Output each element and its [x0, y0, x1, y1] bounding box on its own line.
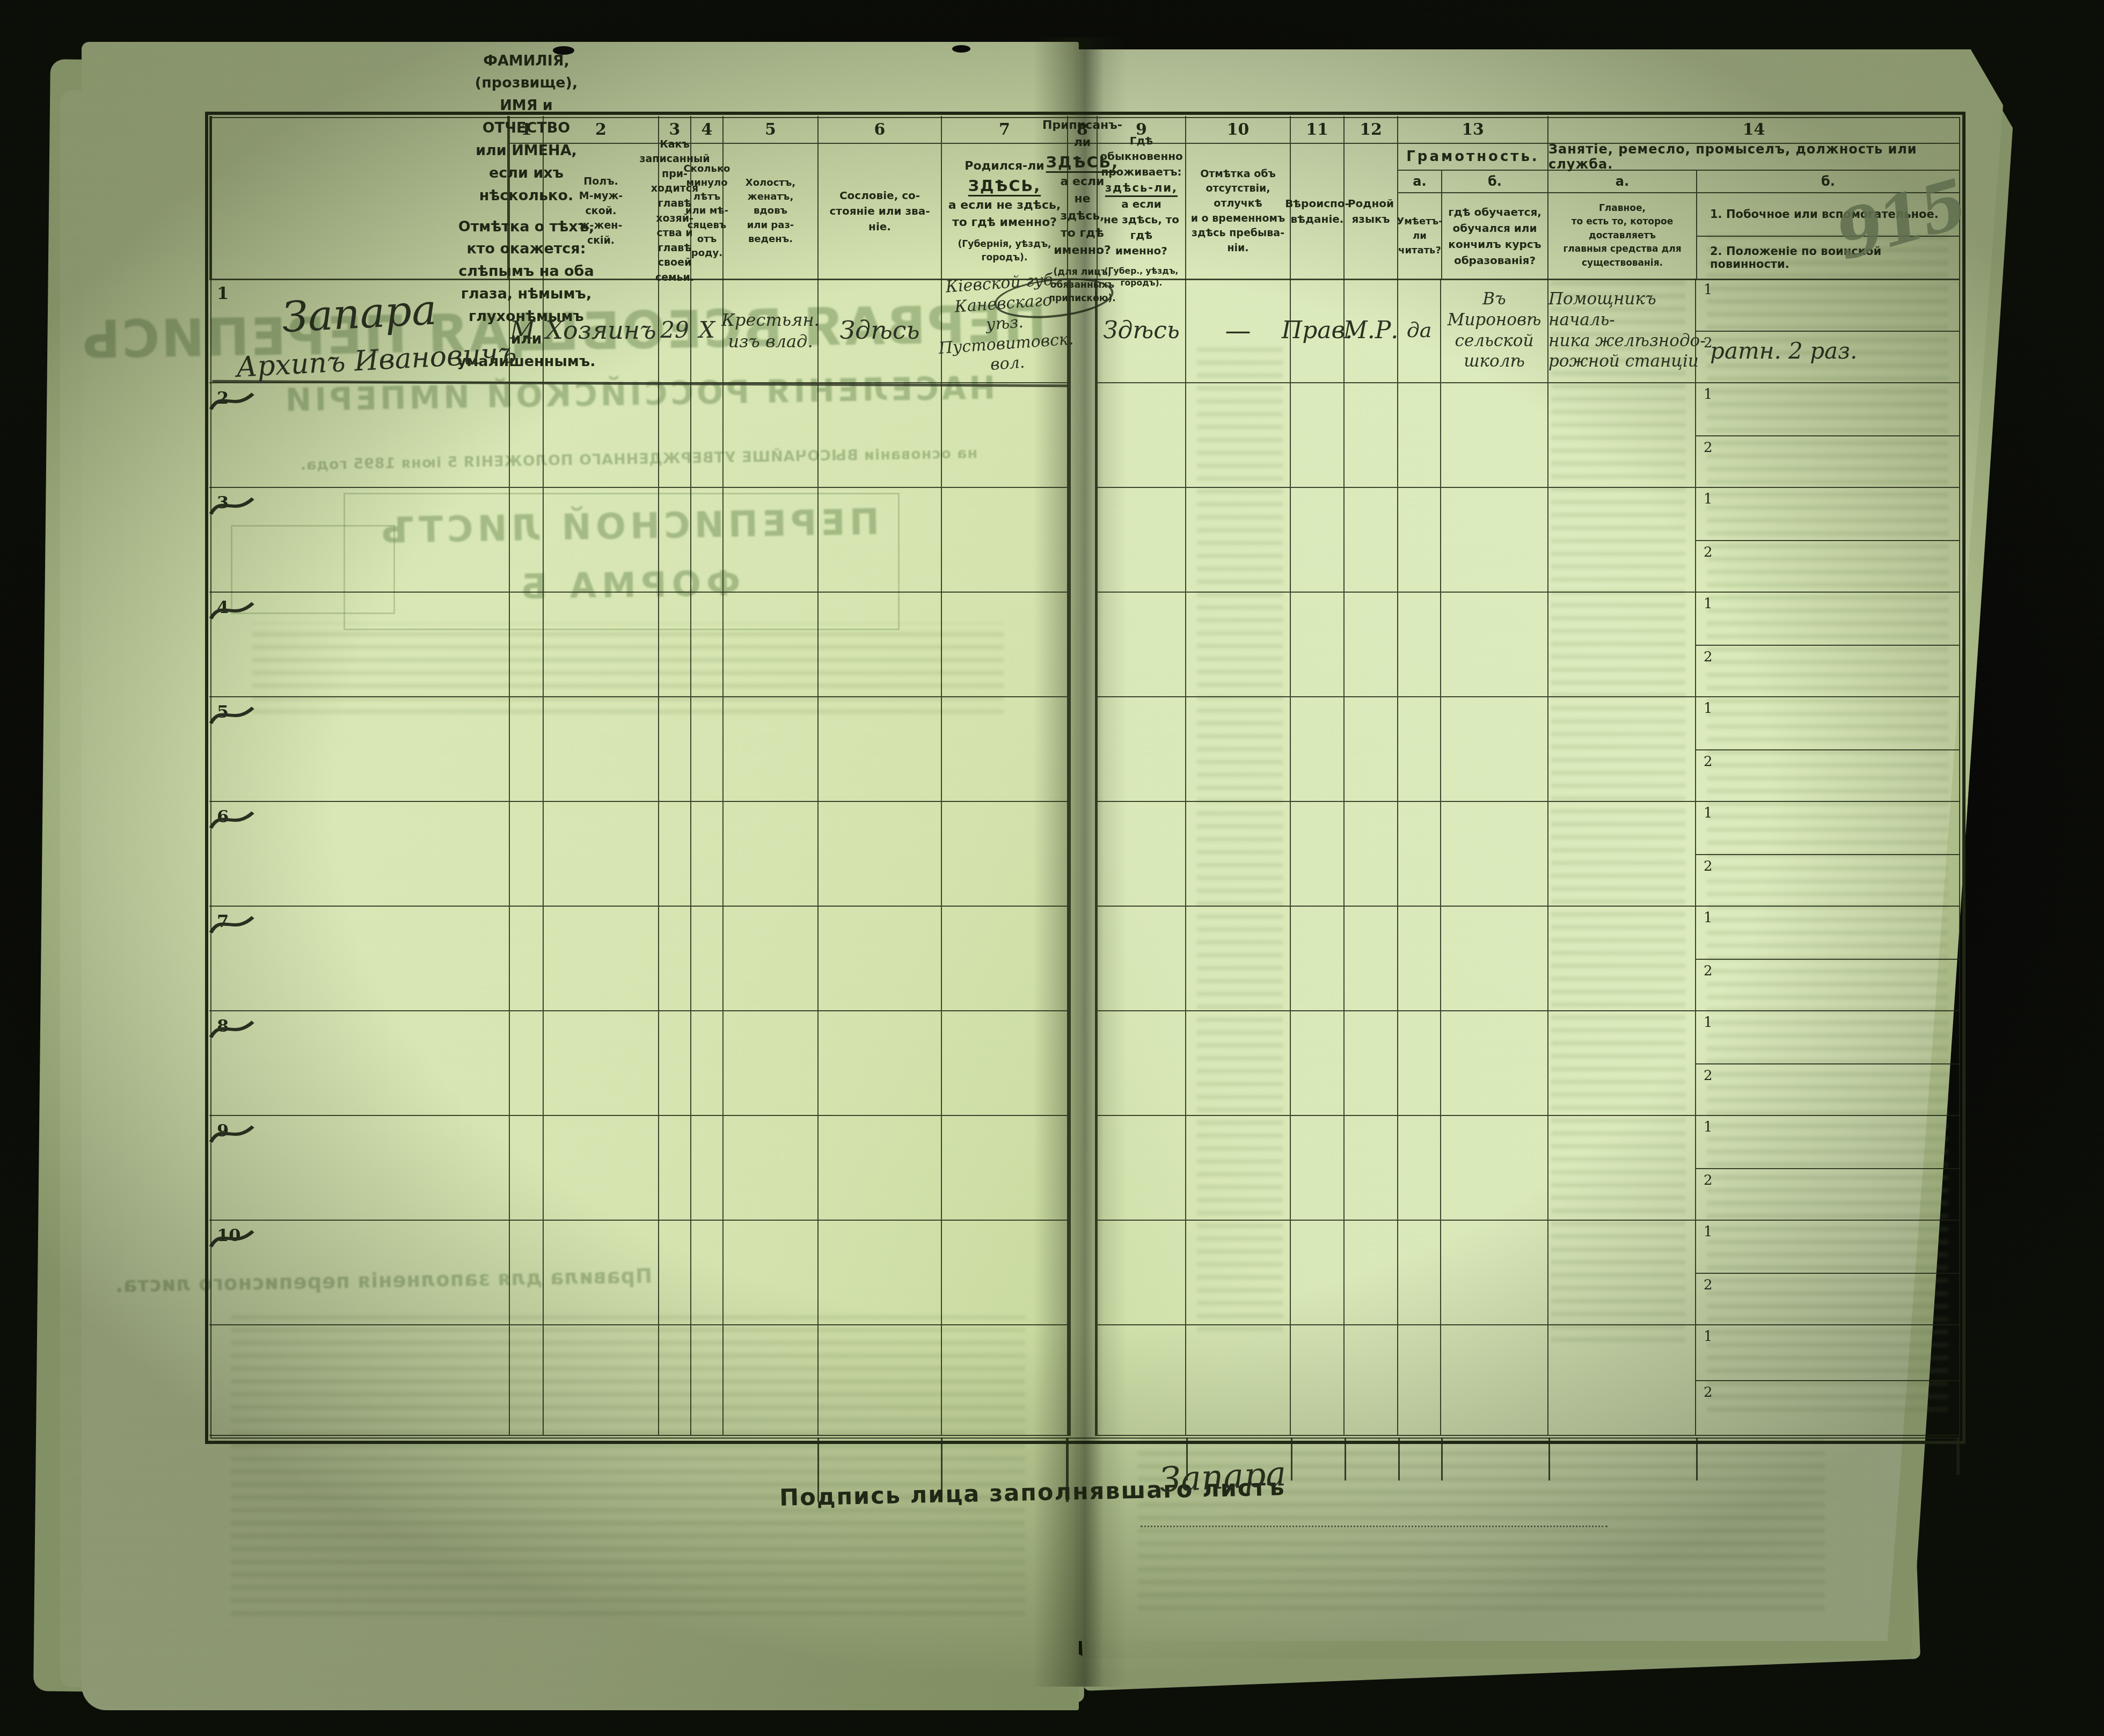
occupation-sub-cell-2: 2	[1696, 436, 1959, 488]
census-table-header: 1 2 3 4 5 6 7 8 9 10 11 12 13 14 ФАМИЛІЯ…	[209, 116, 1959, 280]
cell-row8-c14a	[1548, 1011, 1696, 1116]
cell-row1-c5: Х	[691, 279, 724, 383]
cell-row10-c3	[544, 1221, 659, 1325]
cell-row7-c12	[1345, 907, 1398, 1011]
entry-c4: 29	[660, 316, 689, 345]
cell-row2-c7	[819, 383, 942, 488]
header-col7-post: а если не здѣсь, то гдѣ именно?	[948, 197, 1061, 231]
cell-row6-c1: 6	[209, 802, 510, 907]
cell-row4-c8	[942, 593, 1068, 697]
row-strikethrough-mark	[209, 1017, 254, 1042]
cell-rowx-c10	[1186, 1325, 1291, 1436]
cell-row2-c3	[544, 383, 659, 488]
cell-row10-c1: 10	[209, 1221, 510, 1325]
cell-row8-c11	[1291, 1011, 1345, 1116]
cell-row8-gap	[1068, 1011, 1098, 1116]
occupation-sub-cell-1: 1	[1696, 907, 1959, 960]
header-col13b-question: гдѣ обучается, обучался или кончилъ курс…	[1442, 193, 1547, 279]
sub-row-number: 2	[1704, 1277, 1713, 1293]
cell-row10-c12	[1345, 1221, 1398, 1325]
header-col9-emphasis: здѣсь-ли,	[1105, 181, 1178, 194]
cell-row6-c3	[544, 802, 659, 907]
signature-handwritten: Запара	[1158, 1453, 1287, 1502]
cell-row4-c5	[691, 593, 724, 697]
entry-name-block: ЗапараАрхипъ Ивановичъ	[281, 280, 517, 383]
entry-c6: Крестьян. изъ влад.	[721, 309, 819, 352]
occupation-sub-cell-1: 1	[1696, 1221, 1959, 1274]
entry-surname: Запара	[281, 280, 516, 345]
occupation-sub-cell-1: 1	[1696, 1116, 1959, 1169]
entry-c11: Прав.	[1282, 316, 1353, 345]
cell-row9-gap	[1068, 1116, 1098, 1221]
header-col13a-question: Умѣетъ- ли читать?	[1398, 193, 1441, 279]
occupation-sub-cell-2: 2ратн. 2 раз.	[1696, 332, 1959, 384]
census-book-photo: { "photo": { "page_number_pencil": "915"…	[0, 0, 2104, 1736]
cell-row5-c4	[659, 697, 691, 802]
occupation-sub-cell-2: 2	[1696, 541, 1959, 593]
sub-row-number: 2	[1704, 1068, 1713, 1084]
header-col4-age: Сколько минуло лѣтъ или мѣ- сяцевъ отъ р…	[691, 144, 724, 279]
occupation-sub-cell-1: 1	[1696, 383, 1959, 436]
row-strikethrough-mark	[209, 389, 254, 414]
cell-row5-c6	[724, 697, 819, 802]
occupation-sub-cell-2: 2	[1696, 1064, 1959, 1117]
sub-row-number: 2	[1704, 544, 1713, 560]
cell-row7-c6	[724, 907, 819, 1011]
entry-c3: Хозяинъ	[545, 315, 656, 346]
occupation-sub-cell-1: 1	[1696, 593, 1959, 646]
row-strikethrough-mark	[209, 807, 254, 833]
cell-row9-c8	[942, 1116, 1068, 1221]
entry-militia-status: ратн. 2 раз.	[1710, 337, 1857, 366]
cell-row2-c5	[691, 383, 724, 488]
column-line-stub	[1956, 1438, 1960, 1475]
sub-row-number: 1	[1704, 1224, 1713, 1240]
cell-row9-c12	[1345, 1116, 1398, 1221]
sub-row-number: 2	[1704, 649, 1713, 665]
column-number-12: 12	[1345, 116, 1398, 144]
cell-row9-c13a	[1398, 1116, 1441, 1221]
cell-row3-c3	[544, 488, 659, 593]
cell-row2-c14a	[1548, 383, 1696, 488]
column-number-10: 10	[1186, 116, 1291, 144]
cell-rowx-c14b: 12	[1696, 1325, 1959, 1436]
cell-row6-c2	[510, 802, 544, 907]
cell-row6-c13a	[1398, 802, 1441, 907]
header-col13-title: Грамотность.	[1398, 144, 1547, 171]
column-line-stub	[1696, 1438, 1698, 1480]
cell-row10-c13b	[1441, 1221, 1548, 1325]
sub-row-number: 1	[1704, 596, 1713, 612]
column-number-14: 14	[1548, 116, 1959, 144]
cell-row1-c12: М.Р.	[1345, 279, 1398, 383]
cell-row9-c9	[1098, 1116, 1186, 1221]
entry-c14a: Помощникъ началь- ника желѣзнодо- рожной…	[1548, 289, 1711, 372]
column-line-stub	[1291, 1438, 1292, 1480]
cell-row10-c7	[819, 1221, 942, 1325]
cell-row4-c3	[544, 593, 659, 697]
cell-row7-c13b	[1441, 907, 1548, 1011]
cell-row5-c5	[691, 697, 724, 802]
cell-row1-c4: 29	[659, 279, 691, 383]
occupation-sub-cell-2: 2	[1696, 855, 1959, 907]
column-line-stub	[1441, 1438, 1443, 1480]
sub-row-number: 1	[1704, 491, 1713, 507]
header-col9-pre: Гдѣ обыкновенно проживаетъ:	[1100, 134, 1183, 178]
cell-row9-c3	[544, 1116, 659, 1221]
header-col12-language: Родной языкъ	[1345, 144, 1398, 279]
occupation-sub-cell-2: 2	[1696, 646, 1959, 698]
cell-row6-c4	[659, 802, 691, 907]
cell-row6-c13b	[1441, 802, 1548, 907]
entry-given-names: Архипъ Ивановичъ	[236, 335, 518, 385]
cell-row5-c14b: 12	[1696, 697, 1959, 802]
cell-row5-c11	[1291, 697, 1345, 802]
cell-row8-c7	[819, 1011, 942, 1116]
cell-row3-c4	[659, 488, 691, 593]
cell-row8-c13b	[1441, 1011, 1548, 1116]
cell-row6-gap	[1068, 802, 1098, 907]
row-strikethrough-mark	[209, 493, 254, 519]
cell-row8-c5	[691, 1011, 724, 1116]
cell-rowx-c9	[1098, 1325, 1186, 1436]
cell-row9-c7	[819, 1116, 942, 1221]
cell-row1-c2: М.	[510, 279, 544, 383]
cell-row4-c13b	[1441, 593, 1548, 697]
cell-row2-c9	[1098, 383, 1186, 488]
cell-rowx-c1	[209, 1325, 510, 1436]
cell-row6-c14b: 12	[1696, 802, 1959, 907]
cell-row1-c13b: Въ Мироновѣ сельской школѣ	[1441, 279, 1548, 383]
cell-row4-c12	[1345, 593, 1398, 697]
cell-row4-c10	[1186, 593, 1291, 697]
cell-row10-c13a	[1398, 1221, 1441, 1325]
cell-row8-c3	[544, 1011, 659, 1116]
cell-row2-c13b	[1441, 383, 1548, 488]
cell-row2-c1: 2	[209, 383, 510, 488]
header-col14a-question: Главное, то есть то, которое доставляетъ…	[1548, 193, 1696, 279]
sub-row-number: 2	[1704, 1384, 1713, 1401]
occupation-sub-cell-2: 2	[1696, 1169, 1959, 1221]
occupation-sub-cell-2: 2	[1696, 1274, 1959, 1326]
cell-row9-c14a	[1548, 1116, 1696, 1221]
cell-row8-c10	[1186, 1011, 1291, 1116]
cell-row9-c11	[1291, 1116, 1345, 1221]
sub-row-number: 1	[1704, 1015, 1713, 1031]
sub-row-number: 2	[1704, 440, 1713, 456]
cell-row3-c11	[1291, 488, 1345, 593]
cell-rowx-c5	[691, 1325, 724, 1436]
cell-row2-c2	[510, 383, 544, 488]
header-col1-name: ФАМИЛІЯ, (прозвище), ИМЯ и ОТЧЕСТВО или …	[510, 144, 544, 279]
row-strikethrough-mark	[209, 1121, 254, 1147]
header-col7-note: (Губернія, уѣздъ, городъ).	[945, 238, 1064, 265]
cell-row7-c14b: 12	[1696, 907, 1959, 1011]
cell-row3-c14b: 12	[1696, 488, 1959, 593]
sub-row-number: 1	[1704, 805, 1713, 821]
column-number-6: 6	[819, 116, 942, 144]
cell-row7-c11	[1291, 907, 1345, 1011]
cell-row2-c6	[724, 383, 819, 488]
cell-row3-c7	[819, 488, 942, 593]
cell-row1-c7: Здѣсь	[819, 279, 942, 383]
entry-c13a: да	[1407, 318, 1432, 344]
cell-row10-c6	[724, 1221, 819, 1325]
cell-row1-c10: —	[1186, 279, 1291, 383]
header-col13b-label: б.	[1442, 171, 1547, 193]
census-table-body: 1ЗапараАрхипъ ИвановичъМ.Хозяинъ29ХКрест…	[209, 279, 1959, 1436]
sub-row-number: 2	[1704, 1172, 1713, 1188]
cell-row5-c8	[942, 697, 1068, 802]
cell-row5-gap	[1068, 697, 1098, 802]
cell-row7-c13a	[1398, 907, 1441, 1011]
cell-row6-c9	[1098, 802, 1186, 907]
cell-row9-c1: 9	[209, 1116, 510, 1221]
sub-row-number: 1	[1704, 1329, 1713, 1345]
cell-row3-gap	[1068, 488, 1098, 593]
cell-row5-c2	[510, 697, 544, 802]
row-strikethrough-mark	[209, 912, 254, 938]
entry-c10: —	[1225, 315, 1251, 347]
cell-row2-c4	[659, 383, 691, 488]
cell-rowx-c13a	[1398, 1325, 1441, 1436]
cell-rowx-c6	[724, 1325, 819, 1436]
cell-row3-c10	[1186, 488, 1291, 593]
cell-row7-c9	[1098, 907, 1186, 1011]
cell-row3-c8	[942, 488, 1068, 593]
entry-c9: Здѣсь	[1103, 316, 1180, 345]
cell-row3-c9	[1098, 488, 1186, 593]
sub-row-number: 1	[1704, 701, 1713, 717]
cell-row1-c13a: да	[1398, 279, 1441, 383]
cell-row8-c6	[724, 1011, 819, 1116]
cell-row7-c2	[510, 907, 544, 1011]
occupation-sub-cell-1: 1	[1696, 802, 1959, 855]
entry-c7: Здѣсь	[839, 315, 919, 346]
occupation-sub-cell-1: 1	[1696, 1325, 1959, 1381]
entry-c12: М.Р.	[1343, 316, 1399, 345]
cell-row6-c12	[1345, 802, 1398, 907]
signature-dotted-line	[1141, 1498, 1608, 1527]
cell-rowx-c13b	[1441, 1325, 1548, 1436]
cell-row5-c12	[1345, 697, 1398, 802]
cell-row9-c2	[510, 1116, 544, 1221]
cell-row7-c3	[544, 907, 659, 1011]
header-col8-registration: Приписанъ-ли ЗДѢСЬ, а если не здѣсь, то …	[1068, 144, 1098, 279]
cell-row10-c8	[942, 1221, 1068, 1325]
sub-row-number: 1	[1704, 1119, 1713, 1135]
cell-row3-c14a	[1548, 488, 1696, 593]
cell-row3-c13b	[1441, 488, 1548, 593]
occupation-sub-cell-2: 2	[1696, 1381, 1959, 1436]
cell-row8-c9	[1098, 1011, 1186, 1116]
occupation-sub-cell-2: 2	[1696, 960, 1959, 1012]
cell-row1-c3: Хозяинъ	[544, 279, 659, 383]
cell-rowx-c12	[1345, 1325, 1398, 1436]
header-col13a-label: а.	[1398, 171, 1441, 193]
cell-row7-c4	[659, 907, 691, 1011]
cell-row3-c2	[510, 488, 544, 593]
cell-row1-c14b: 12ратн. 2 раз.	[1696, 279, 1959, 383]
sub-row-number: 2	[1704, 754, 1713, 770]
cell-row2-c13a	[1398, 383, 1441, 488]
sub-row-number: 2	[1704, 335, 1713, 351]
cell-row10-c5	[691, 1221, 724, 1325]
cell-row5-c9	[1098, 697, 1186, 802]
cell-row5-c10	[1186, 697, 1291, 802]
occupation-sub-cell-1: 1	[1696, 279, 1959, 332]
cell-row8-c4	[659, 1011, 691, 1116]
cell-row5-c3	[544, 697, 659, 802]
sub-row-number: 1	[1704, 386, 1713, 403]
cell-row4-c6	[724, 593, 819, 697]
cell-row8-c8	[942, 1011, 1068, 1116]
cell-row9-c14b: 12	[1696, 1116, 1959, 1221]
cell-row1-c14a: Помощникъ началь- ника желѣзнодо- рожной…	[1548, 279, 1696, 383]
cell-row2-gap	[1068, 383, 1098, 488]
header-col14-title: Занятіе, ремесло, промыселъ, должность и…	[1548, 144, 1959, 171]
cell-row6-c8	[942, 802, 1068, 907]
cell-row7-c5	[691, 907, 724, 1011]
cell-rowx-c8	[942, 1325, 1068, 1436]
cell-row9-c10	[1186, 1116, 1291, 1221]
column-number-13: 13	[1398, 116, 1548, 144]
column-number-5: 5	[724, 116, 819, 144]
cell-row10-c9	[1098, 1221, 1186, 1325]
entry-c13b: Въ Мироновѣ сельской школѣ	[1441, 289, 1547, 372]
cell-row7-c1: 7	[209, 907, 510, 1011]
cell-rowx-c14a	[1548, 1325, 1696, 1436]
cell-row1-c11: Прав.	[1291, 279, 1345, 383]
sub-row-number: 1	[1704, 910, 1713, 926]
cell-rowx-c7	[819, 1325, 942, 1436]
header-col13-literacy: Грамотность. а. Умѣетъ- ли читать? б. гд…	[1398, 144, 1548, 279]
cell-row4-c7	[819, 593, 942, 697]
header-col5-marital: Холостъ, женатъ, вдовъ или раз- веденъ.	[724, 144, 819, 279]
cell-row6-c5	[691, 802, 724, 907]
paper-speck	[553, 46, 574, 55]
cell-row1-c1: 1ЗапараАрхипъ Ивановичъ	[209, 279, 510, 383]
row-number: 1	[217, 283, 229, 303]
cell-row8-c12	[1345, 1011, 1398, 1116]
cell-rowx-c4	[659, 1325, 691, 1436]
cell-row3-c13a	[1398, 488, 1441, 593]
cell-row2-c11	[1291, 383, 1345, 488]
cell-row4-c9	[1098, 593, 1186, 697]
cell-row4-c13a	[1398, 593, 1441, 697]
cell-row5-c1: 5	[209, 697, 510, 802]
cell-row7-c7	[819, 907, 942, 1011]
cell-row9-c6	[724, 1116, 819, 1221]
cell-row1-c6: Крестьян. изъ влад.	[724, 279, 819, 383]
cell-row8-c2	[510, 1011, 544, 1116]
cell-row5-c14a	[1548, 697, 1696, 802]
cell-row7-c8	[942, 907, 1068, 1011]
header-col10-absence: Отмѣтка объ отсутствіи, отлучкѣ и о врем…	[1186, 144, 1291, 279]
row-strikethrough-mark	[209, 703, 254, 728]
cell-row10-c10	[1186, 1221, 1291, 1325]
cell-row6-c11	[1291, 802, 1345, 907]
occupation-sub-cell-1: 1	[1696, 488, 1959, 541]
cell-row7-c14a	[1548, 907, 1696, 1011]
cell-row10-c11	[1291, 1221, 1345, 1325]
cell-row4-c14a	[1548, 593, 1696, 697]
cell-row2-c8	[942, 383, 1068, 488]
paper-speck	[952, 45, 970, 53]
cell-row9-c5	[691, 1116, 724, 1221]
occupation-sub-cell-2: 2	[1696, 750, 1959, 803]
row-strikethrough-mark	[209, 1226, 254, 1252]
cell-row6-c14a	[1548, 802, 1696, 907]
cell-row8-c1: 8	[209, 1011, 510, 1116]
occupation-sub-cell-1: 1	[1696, 1011, 1959, 1064]
cell-row5-c7	[819, 697, 942, 802]
cell-rowx-c3	[544, 1325, 659, 1436]
cell-row6-c10	[1186, 802, 1291, 907]
cell-row7-c10	[1186, 907, 1291, 1011]
column-line-stub	[1398, 1438, 1400, 1480]
cell-row4-c2	[510, 593, 544, 697]
cell-row10-c14a	[1548, 1221, 1696, 1325]
cell-row8-c14b: 12	[1696, 1011, 1959, 1116]
sub-row-number: 2	[1704, 858, 1713, 874]
cell-row2-c12	[1345, 383, 1398, 488]
row-strikethrough-mark	[209, 598, 254, 624]
cell-row8-c13a	[1398, 1011, 1441, 1116]
sub-row-number: 1	[1704, 282, 1713, 298]
cell-row4-c14b: 12	[1696, 593, 1959, 697]
cell-row3-c6	[724, 488, 819, 593]
cell-row10-gap	[1068, 1221, 1098, 1325]
cell-row7-gap	[1068, 907, 1098, 1011]
entry-c2: М.	[510, 315, 543, 346]
cell-row4-c4	[659, 593, 691, 697]
cell-row2-c10	[1186, 383, 1291, 488]
cell-rowx-c2	[510, 1325, 544, 1436]
header-col9-post: а если не здѣсь, то гдѣ именно?	[1101, 196, 1182, 259]
cell-rowx-gap	[1068, 1325, 1098, 1436]
column-line-stub	[1548, 1438, 1550, 1480]
cell-row6-c7	[819, 802, 942, 907]
sub-row-number: 2	[1704, 963, 1713, 979]
cell-row10-c2	[510, 1221, 544, 1325]
column-number-11: 11	[1291, 116, 1345, 144]
cell-row3-c12	[1345, 488, 1398, 593]
cell-row10-c14b: 12	[1696, 1221, 1959, 1325]
cell-row6-c6	[724, 802, 819, 907]
cell-row5-c13b	[1441, 697, 1548, 802]
header-col9-residence: Гдѣ обыкновенно проживаетъ: здѣсь-ли, а …	[1098, 144, 1186, 279]
header-col7-pre: Родился-ли	[965, 159, 1044, 173]
cell-row3-c1: 3	[209, 488, 510, 593]
cell-row2-c14b: 12	[1696, 383, 1959, 488]
cell-row4-gap	[1068, 593, 1098, 697]
header-col11-religion: Вѣроиспо- вѣданіе.	[1291, 144, 1345, 279]
cell-rowx-c11	[1291, 1325, 1345, 1436]
header-col14a-label: а.	[1548, 171, 1696, 193]
cell-row5-c13a	[1398, 697, 1441, 802]
entry-c5: Х	[699, 316, 715, 345]
cell-row10-c4	[659, 1221, 691, 1325]
cell-row4-c1: 4	[209, 593, 510, 697]
cell-row9-c13b	[1441, 1116, 1548, 1221]
column-line-stub	[1345, 1438, 1346, 1480]
cell-row3-c5	[691, 488, 724, 593]
occupation-sub-cell-1: 1	[1696, 697, 1959, 750]
cell-row9-c4	[659, 1116, 691, 1221]
cell-row4-c11	[1291, 593, 1345, 697]
header-col7-emphasis: ЗДѢСЬ,	[968, 177, 1041, 195]
